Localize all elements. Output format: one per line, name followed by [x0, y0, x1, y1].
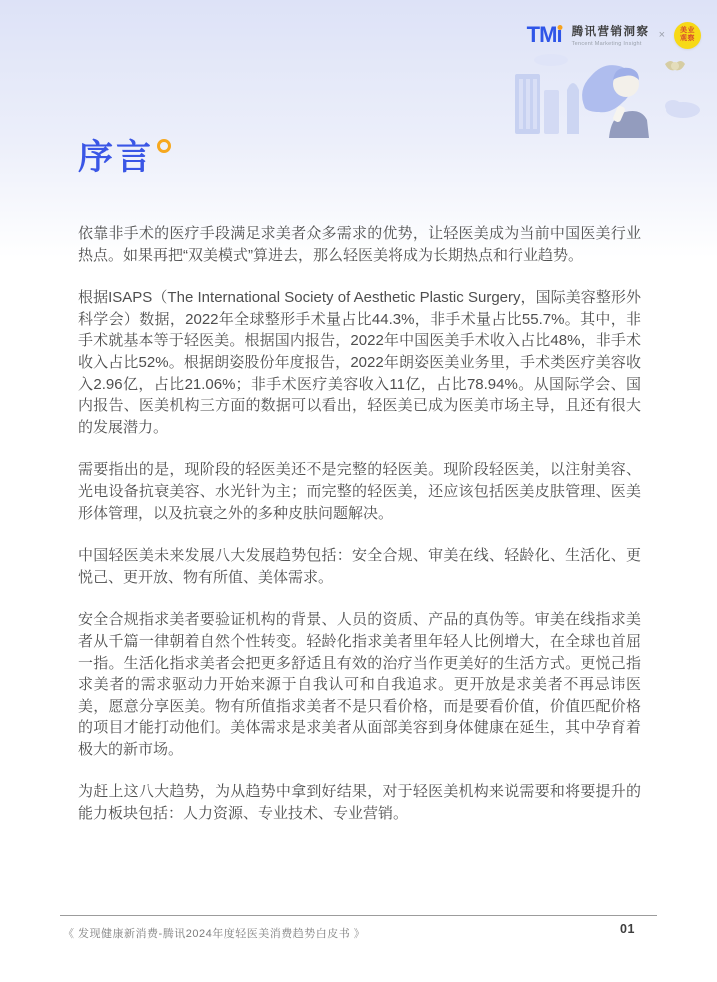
header-illustration	[507, 50, 703, 138]
paragraph: 中国轻医美未来发展八大发展趋势包括：安全合规、审美在线、轻龄化、生活化、更悦己、…	[78, 545, 641, 588]
brand-name-cn: 腾讯营销洞察	[572, 23, 650, 39]
brand-name-en: Tencent Marketing Insight	[572, 41, 650, 47]
page-number: 01	[620, 922, 635, 936]
title-row: 序言	[78, 140, 168, 175]
woman-illustration	[582, 65, 649, 138]
tmi-logo-tm: TM	[527, 24, 557, 46]
collaboration-x-icon: ×	[659, 29, 665, 41]
paragraph: 安全合规指求美者要验证机构的背景、人员的资质、产品的真伪等。审美在线指求美者从千…	[78, 609, 641, 760]
paragraph: 依靠非手术的医疗手段满足求美者众多需求的优势，让轻医美成为当前中国医美行业热点。…	[78, 223, 641, 266]
footer-divider	[60, 915, 657, 916]
bird-icon	[665, 61, 685, 70]
circle-ring-icon	[157, 139, 171, 153]
paragraph: 需要指出的是，现阶段的轻医美还不是完整的轻医美。现阶段轻医美，以注射美容、光电设…	[78, 459, 641, 524]
body-content: 依靠非手术的医疗手段满足求美者众多需求的优势，让轻医美成为当前中国医美行业热点。…	[78, 223, 641, 846]
brand-row: TMi 腾讯营销洞察 Tencent Marketing Insight × 美…	[527, 20, 701, 50]
building-icon	[515, 74, 579, 134]
city-woman-illustration	[507, 50, 703, 138]
brand-text: 腾讯营销洞察 Tencent Marketing Insight	[572, 23, 650, 47]
partner-badge-line1: 美业	[680, 27, 695, 35]
tmi-logo: TMi	[527, 24, 563, 46]
partner-badge: 美业 观察	[674, 22, 701, 49]
cloud-icon-right	[665, 100, 700, 118]
cloud-icon	[534, 54, 568, 66]
document-page: TMi 腾讯营销洞察 Tencent Marketing Insight × 美…	[0, 0, 717, 982]
partner-badge-line2: 观察	[680, 35, 695, 43]
tmi-logo-i: i	[556, 24, 562, 46]
page-title: 序言	[78, 138, 154, 177]
paragraph: 根据ISAPS（The International Society of Aes…	[78, 287, 641, 438]
footer-citation: 《 发现健康新消费-腾讯2024年度轻医美消费趋势白皮书 》	[63, 925, 365, 941]
paragraph: 为赶上这八大趋势，为从趋势中拿到好结果，对于轻医美机构来说需要和将要提升的能力板…	[78, 781, 641, 824]
